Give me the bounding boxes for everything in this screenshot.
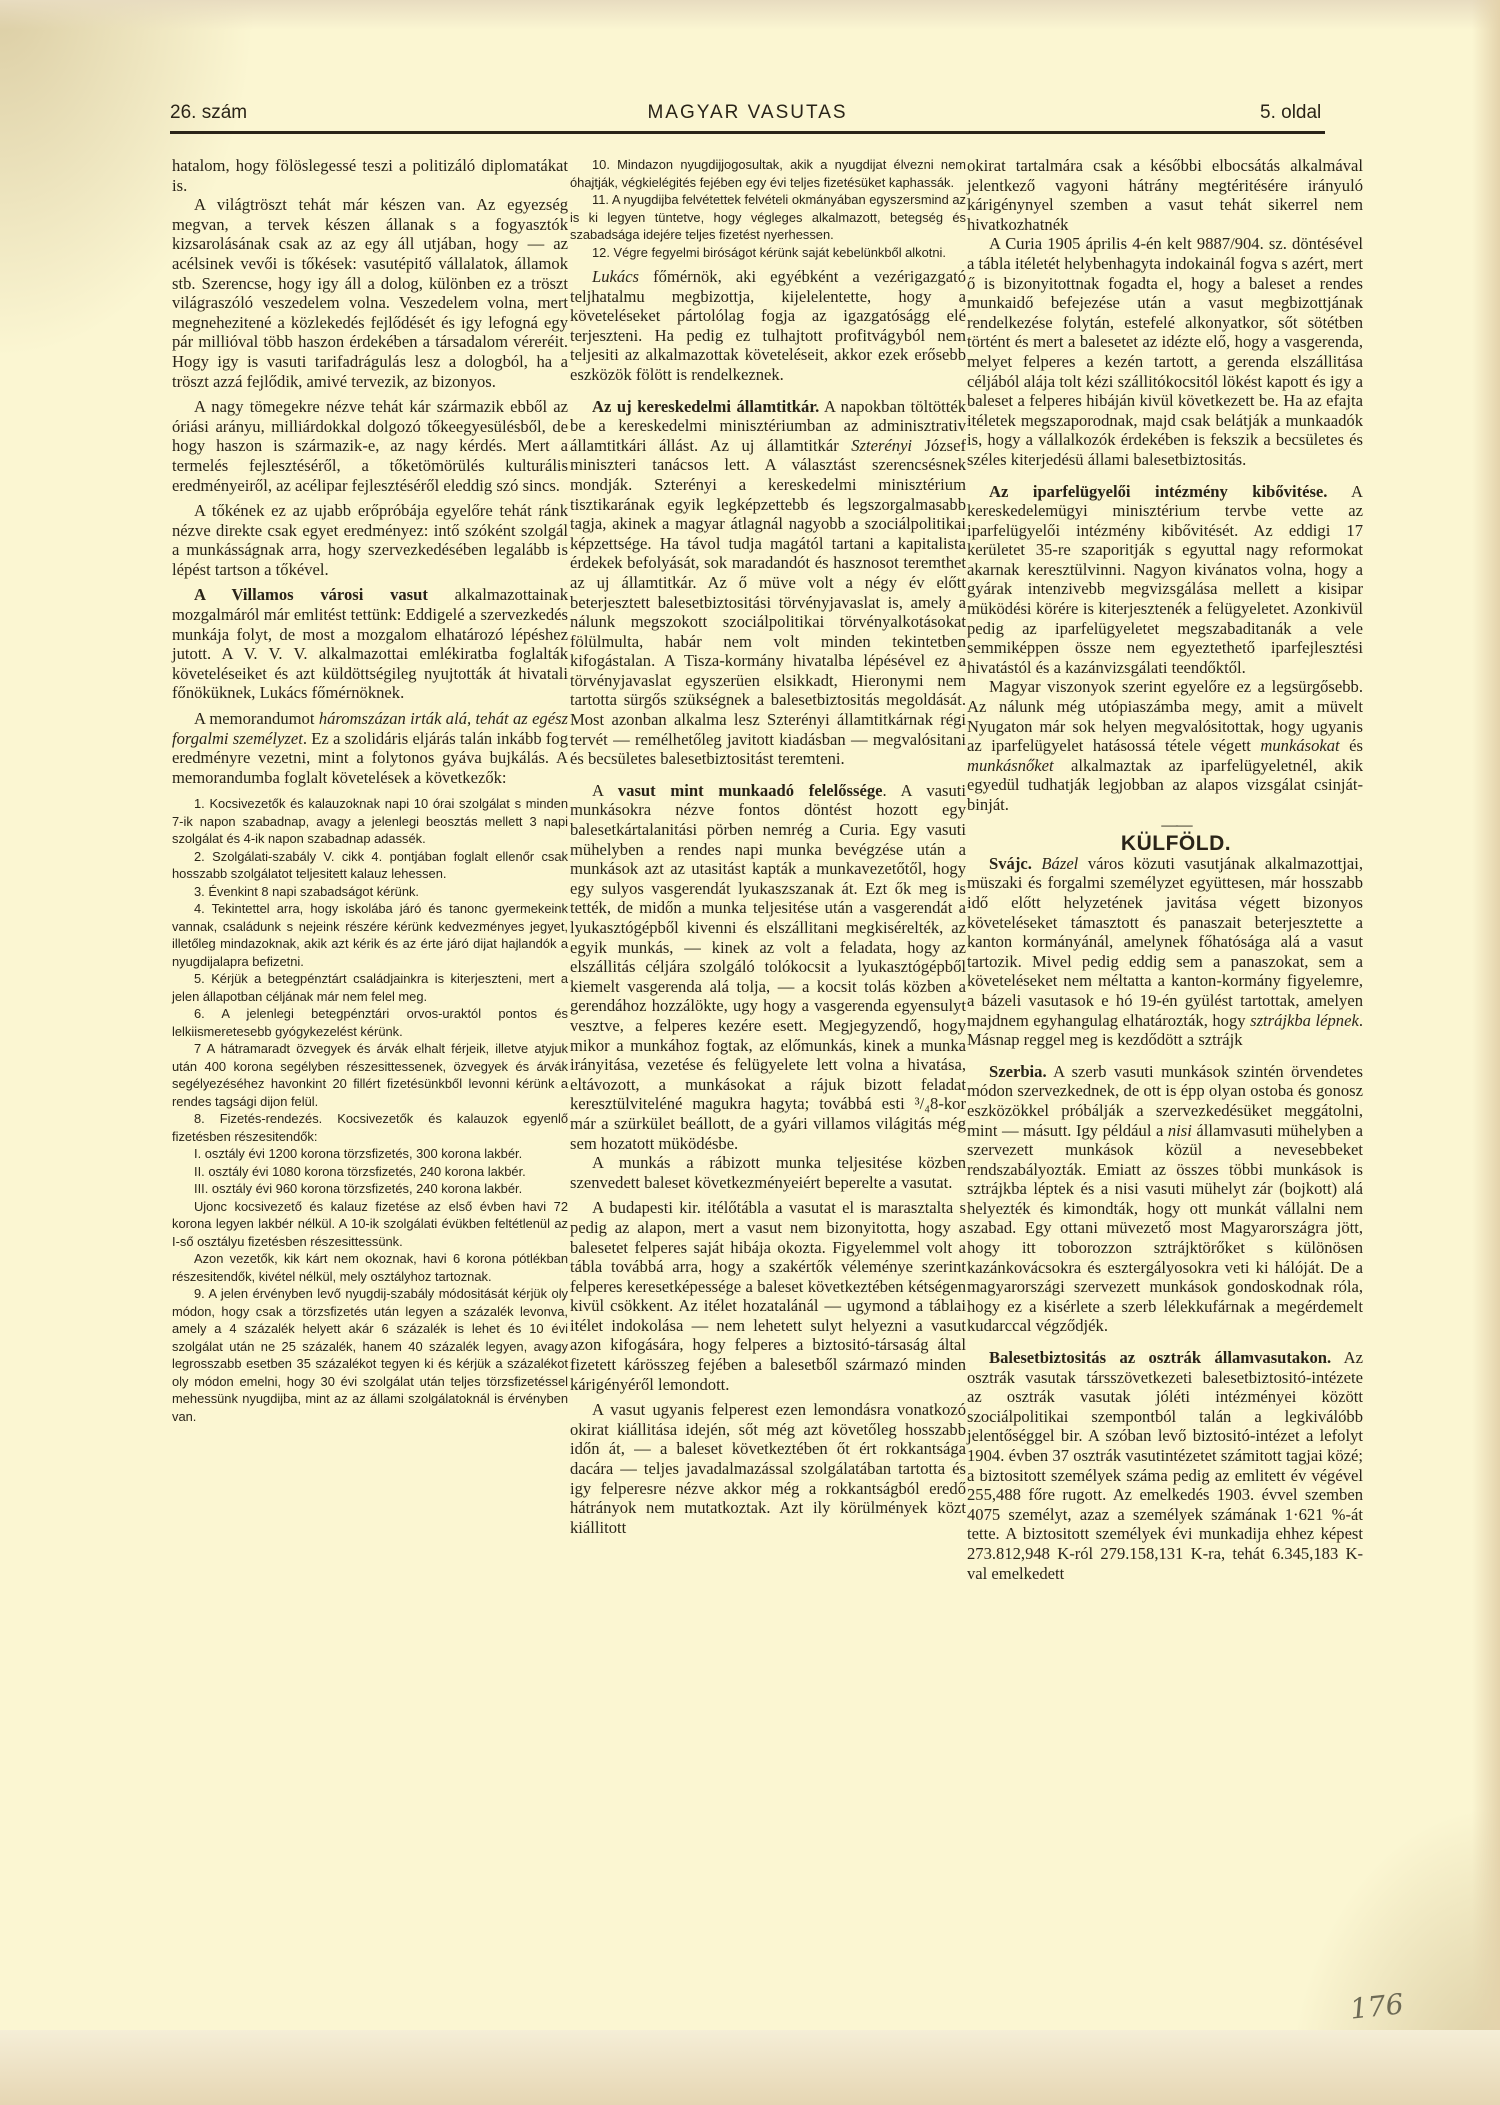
paragraph: A vasut ugyanis felperest ezen lemondásr…: [570, 1400, 966, 1537]
article-heading: vasut mint munkaadó felelőssége: [618, 781, 883, 800]
column-2: 10. Mindazon nyugdijjogosultak, akik a n…: [570, 156, 966, 1537]
paragraph-text: A memorandumot: [194, 709, 319, 728]
emphasis: sztrájkba lépnek: [1250, 1011, 1359, 1030]
paragraph-text: Az osztrák vasutak társszövetkezeti bale…: [967, 1348, 1363, 1583]
demand-item: Azon vezetők, kik kárt nem okoznak, havi…: [172, 1250, 568, 1285]
demand-list-continued: 10. Mindazon nyugdijjogosultak, akik a n…: [570, 156, 966, 261]
paragraph-text: . A vasuti munkásokra nézve fontos dönté…: [570, 781, 966, 1153]
ipar-article: Az iparfelügyelői intézmény kibővitése. …: [967, 482, 1363, 678]
archive-number: 176: [1348, 1987, 1405, 2025]
memorandum-paragraph: A memorandumot háromszázan irták alá, te…: [172, 709, 568, 787]
paragraph-text: József miniszteri tanácsos lett. A válas…: [570, 436, 966, 769]
demand-item: 3. Évenkint 8 napi szabadságot kérünk.: [172, 883, 568, 901]
demand-item: II. osztály évi 1080 korona törzsfizetés…: [172, 1163, 568, 1181]
demand-item: 4. Tekintettel arra, hogy iskolába járó …: [172, 900, 568, 970]
column-3: okirat tartalmára csak a későbbi elbocsá…: [967, 156, 1363, 1583]
vasut-article: A vasut mint munkaadó felelőssége. A vas…: [570, 781, 966, 1153]
paragraph: A világtröszt tehát már készen van. Az e…: [172, 195, 568, 391]
paragraph-text: A: [592, 781, 618, 800]
kulfold-heading: KÜLFÖLD.: [967, 834, 1363, 854]
newspaper-title: MAGYAR VASUTAS: [170, 102, 1325, 124]
paragraph: A budapesti kir. itélőtábla a vasutat el…: [570, 1198, 966, 1394]
section-lead: A Villamos városi vasut: [194, 585, 428, 604]
article-heading: Az uj kereskedelmi államtitkár.: [592, 397, 819, 416]
paragraph: hatalom, hogy fölöslegessé teszi a polit…: [172, 156, 568, 195]
article-heading: Szerbia.: [989, 1062, 1047, 1081]
newspaper-page: 26. szám MAGYAR VASUTAS 5. oldal hatalom…: [0, 0, 1500, 2105]
demand-item: 1. Kocsivezetők és kalauzoknak napi 10 ó…: [172, 795, 568, 848]
demand-item: 12. Végre fegyelmi biróságot kérünk sajá…: [570, 244, 966, 262]
article-heading: Svájc.: [989, 854, 1032, 873]
demand-item: 2. Szolgálati-szabály V. cikk 4. pontjáb…: [172, 848, 568, 883]
demand-item: 6. A jelenlegi betegpénztári orvos-urakt…: [172, 1005, 568, 1040]
emphasis: munkásokat: [1260, 736, 1339, 755]
demand-item: 7 A hátramaradt özvegyek és árvák elhalt…: [172, 1040, 568, 1110]
paragraph: A Curia 1905 április 4-én kelt 9887/904.…: [967, 234, 1363, 469]
demand-item: 5. Kérjük a betegpénztárt családjainkra …: [172, 970, 568, 1005]
demand-item: I. osztály évi 1200 korona törzsfizetés,…: [172, 1145, 568, 1163]
paragraph: A tőkének ez az ujabb erőpróbája egyelőr…: [172, 501, 568, 579]
demand-item: 8. Fizetés-rendezés. Kocsivezetők és kal…: [172, 1110, 568, 1145]
villamos-paragraph: A Villamos városi vasut alkalmazottainak…: [172, 585, 568, 703]
page-number: 5. oldal: [1260, 102, 1321, 124]
demand-item: 11. A nyugdijba felvétettek felvételi ok…: [570, 191, 966, 244]
column-1: hatalom, hogy fölöslegessé teszi a polit…: [172, 156, 568, 1425]
paper-edge-right: [1472, 0, 1500, 2105]
allamtitkar-article: Az uj kereskedelmi államtitkár. A napokb…: [570, 397, 966, 769]
lukacs-paragraph: Lukács főmérnök, aki egyébként a vezérig…: [570, 267, 966, 385]
emphasis: nisi: [1168, 1121, 1192, 1140]
osztrak-article: Balesetbiztositás az osztrák államvasuta…: [967, 1348, 1363, 1583]
ipar-paragraph: Magyar viszonyok szerint egyelőre ez a l…: [967, 677, 1363, 814]
paragraph-text: város közuti vasutjának alkalmazottjai, …: [967, 854, 1363, 1030]
paragraph: A munkás a rábizott munka teljesitése kö…: [570, 1153, 966, 1192]
paragraph-text: és: [1340, 736, 1363, 755]
paragraph: A nagy tömegekre nézve tehát kár származ…: [172, 397, 568, 495]
emphasis: Lukács: [592, 267, 639, 286]
paper-edge-bottom: [0, 2030, 1500, 2105]
paragraph-text: államvasuti mühelyben a szervezett munká…: [967, 1121, 1363, 1336]
emphasis: munkásnőket: [967, 756, 1054, 775]
emphasis: Bázel: [1041, 854, 1078, 873]
demand-item: III. osztály évi 960 korona törzsfizetés…: [172, 1180, 568, 1198]
paper-edge-top: [0, 0, 1500, 30]
demand-item: 10. Mindazon nyugdijjogosultak, akik a n…: [570, 156, 966, 191]
demand-item: Ujonc kocsivezető és kalauz fizetése az …: [172, 1198, 568, 1251]
header-rule: [170, 131, 1325, 134]
article-heading: Balesetbiztositás az osztrák államvasuta…: [989, 1348, 1331, 1367]
emphasis: Szterényi: [851, 436, 912, 455]
svajc-article: Svájc. Bázel város közuti vasutjának alk…: [967, 854, 1363, 1050]
demand-item: 9. A jelen érvényben levő nyugdij-szabál…: [172, 1285, 568, 1425]
paragraph-text: A kereskedelemügyi minisztérium tervbe v…: [967, 482, 1363, 677]
szerbia-article: Szerbia. A szerb vasuti munkások szintén…: [967, 1062, 1363, 1336]
paragraph: okirat tartalmára csak a későbbi elbocsá…: [967, 156, 1363, 234]
demand-list: 1. Kocsivezetők és kalauzoknak napi 10 ó…: [172, 795, 568, 1425]
article-heading: Az iparfelügyelői intézmény kibővitése.: [989, 482, 1327, 501]
